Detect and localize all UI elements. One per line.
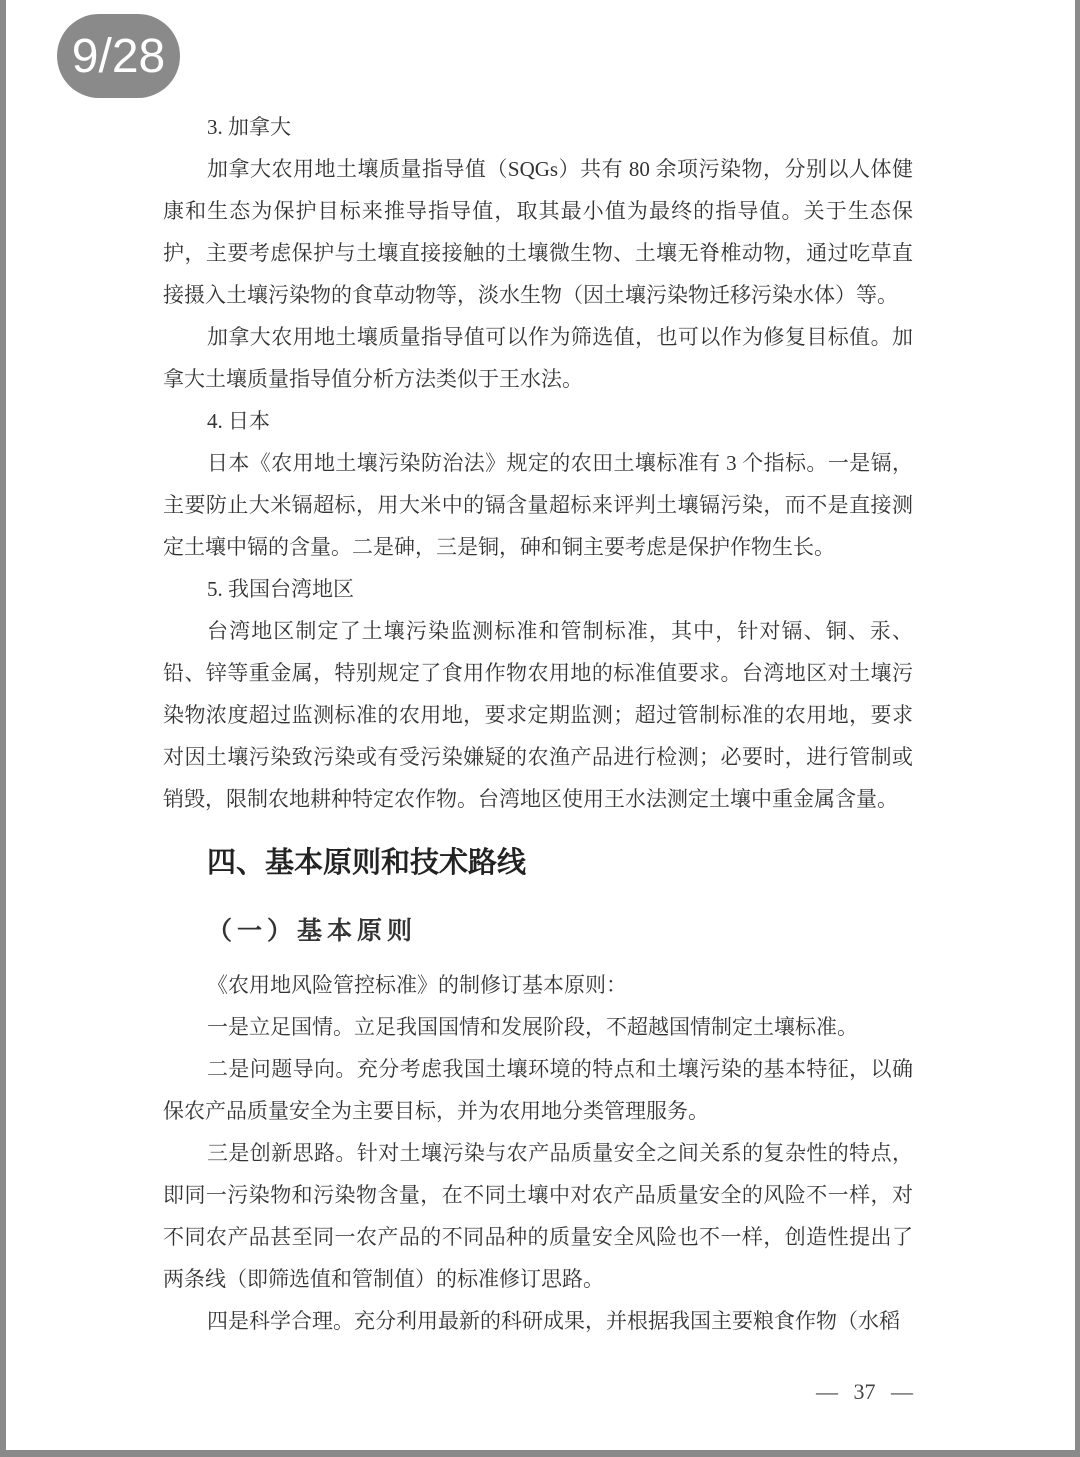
page-content: 3. 加拿大 加拿大农用地土壤质量指导值（SQGs）共有 80 余项污染物，分别… bbox=[163, 0, 913, 1413]
section-heading: 四、基本原则和技术路线 bbox=[163, 842, 913, 884]
item-heading-japan: 4. 日本 bbox=[163, 400, 913, 442]
paragraph: 加拿大农用地土壤质量指导值可以作为筛选值，也可以作为修复目标值。加拿大土壤质量指… bbox=[163, 316, 913, 400]
page-number: — 37 — bbox=[163, 1371, 913, 1413]
paragraph: 二是问题导向。充分考虑我国土壤环境的特点和土壤污染的基本特征，以确保农产品质量安… bbox=[163, 1048, 913, 1132]
paragraph: 加拿大农用地土壤质量指导值（SQGs）共有 80 余项污染物，分别以人体健康和生… bbox=[163, 148, 913, 316]
paragraph: 台湾地区制定了土壤污染监测标准和管制标准，其中，针对镉、铜、汞、铅、锌等重金属，… bbox=[163, 610, 913, 820]
paragraph: 日本《农用地土壤污染防治法》规定的农田土壤标准有 3 个指标。一是镉，主要防止大… bbox=[163, 442, 913, 568]
sub-heading: （一）基本原则 bbox=[163, 911, 913, 953]
paragraph: 《农用地风险管控标准》的制修订基本原则： bbox=[163, 964, 913, 1006]
paragraph: 四是科学合理。充分利用最新的科研成果，并根据我国主要粮食作物（水稻 bbox=[163, 1300, 913, 1342]
item-heading-canada: 3. 加拿大 bbox=[163, 106, 913, 148]
paragraph: 三是创新思路。针对土壤污染与农产品质量安全之间关系的复杂性的特点，即同一污染物和… bbox=[163, 1132, 913, 1300]
page-indicator-badge: 9/28 bbox=[57, 14, 180, 98]
document-page[interactable]: 3. 加拿大 加拿大农用地土壤质量指导值（SQGs）共有 80 余项污染物，分别… bbox=[6, 0, 1075, 1450]
document-viewer: 3. 加拿大 加拿大农用地土壤质量指导值（SQGs）共有 80 余项污染物，分别… bbox=[0, 0, 1080, 1457]
item-heading-taiwan: 5. 我国台湾地区 bbox=[163, 568, 913, 610]
paragraph: 一是立足国情。立足我国国情和发展阶段，不超越国情制定土壤标准。 bbox=[163, 1006, 913, 1048]
